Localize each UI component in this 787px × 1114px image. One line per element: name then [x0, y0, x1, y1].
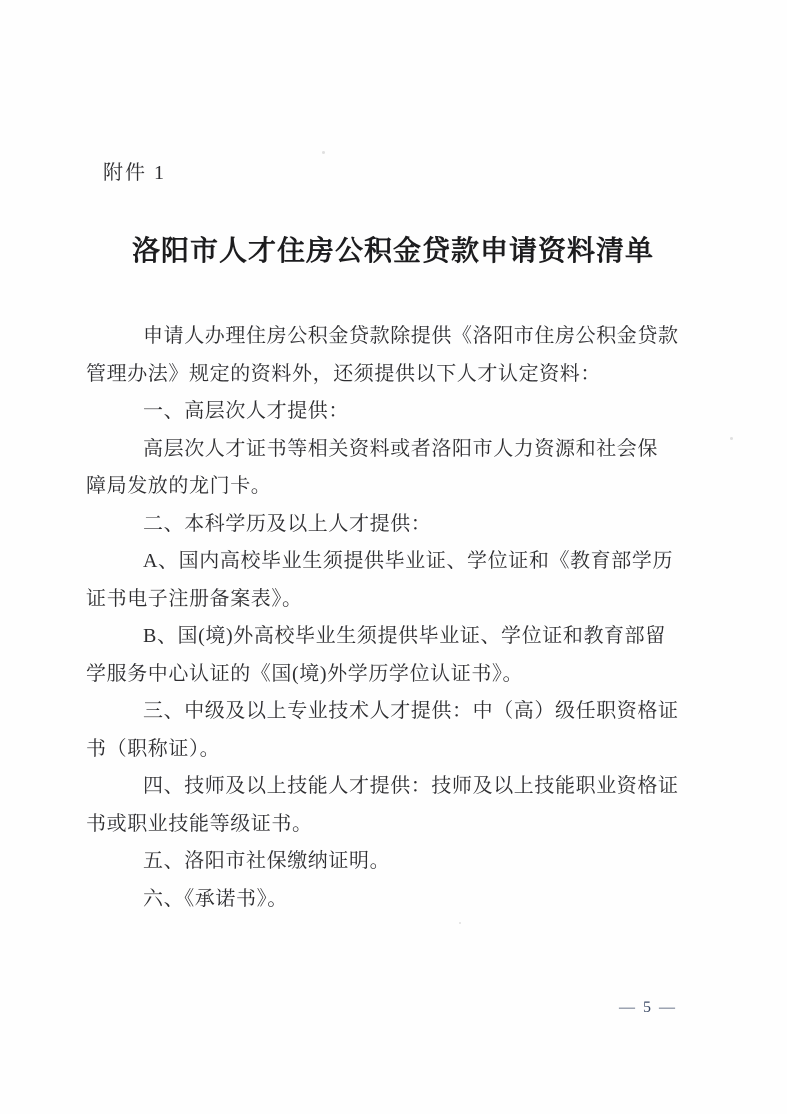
- document-body: 申请人办理住房公积金贷款除提供《洛阳市住房公积金贷款 管理办法》规定的资料外，还…: [86, 318, 718, 918]
- document-title: 洛阳市人才住房公积金贷款申请资料清单: [78, 235, 708, 269]
- paragraph-item-2a: A、国内高校毕业生须提供毕业证、学位证和《教育部学历 证书电子注册备案表》。: [86, 543, 718, 618]
- scan-speck: [322, 151, 325, 154]
- attachment-label: 附件 1: [103, 160, 166, 186]
- paragraph-item-2b: B、国(境)外高校毕业生须提供毕业证、学位证和教育部留 学服务中心认证的《国(境…: [86, 618, 718, 693]
- paragraph-item-3: 三、中级及以上专业技术人才提供：中（高）级任职资格证 书（职称证）。: [86, 693, 718, 768]
- paragraph-item-6: 六、《承诺书》。: [86, 881, 718, 919]
- scan-speck: [459, 922, 461, 924]
- paragraph-item-2: 二、本科学历及以上人才提供：: [86, 506, 718, 544]
- paragraph-item-5: 五、洛阳市社保缴纳证明。: [86, 843, 718, 881]
- page-number: — 5 —: [560, 999, 736, 1017]
- document-page: 附件 1 洛阳市人才住房公积金贷款申请资料清单 申请人办理住房公积金贷款除提供《…: [0, 0, 787, 1114]
- scan-speck: [730, 437, 733, 440]
- paragraph-item-1-detail: 高层次人才证书等相关资料或者洛阳市人力资源和社会保 障局发放的龙门卡。: [86, 431, 718, 506]
- paragraph-intro: 申请人办理住房公积金贷款除提供《洛阳市住房公积金贷款 管理办法》规定的资料外，还…: [86, 318, 718, 393]
- paragraph-item-4: 四、技师及以上技能人才提供：技师及以上技能职业资格证 书或职业技能等级证书。: [86, 768, 718, 843]
- paragraph-item-1: 一、高层次人才提供：: [86, 393, 718, 431]
